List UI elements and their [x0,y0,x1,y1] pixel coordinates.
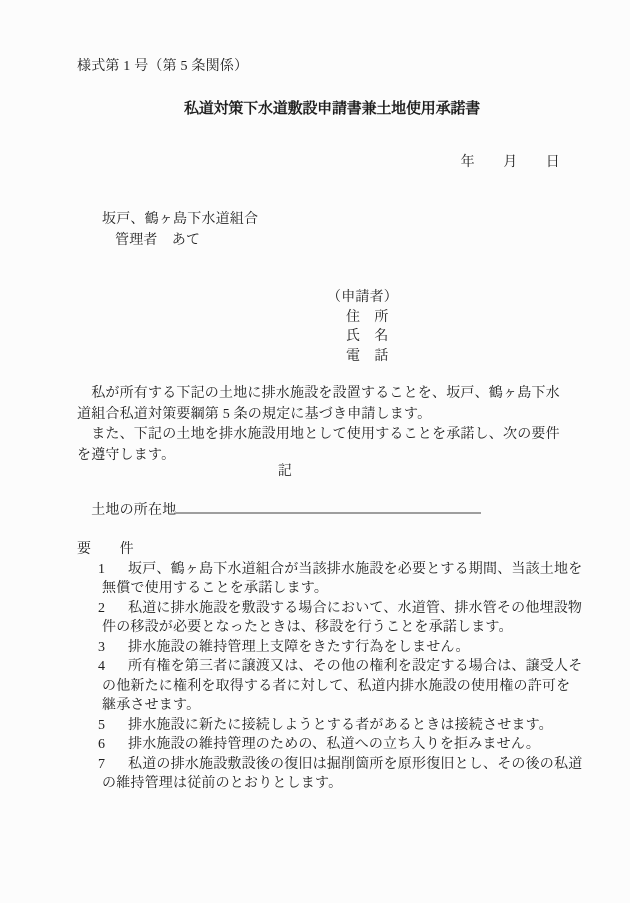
condition-line: 6排水施設の維持管理のための、私道への立ち入りを拒みません。 [102,735,570,755]
land-location-label: 土地の所在地 [77,503,176,518]
condition-number: 7 [98,755,128,775]
applicant-field-name: 氏 名 [346,327,570,347]
condition-item: 7私道の排水施設敷設後の復旧は掘削箇所を原形復旧とし、その後の私道の維持管理は従… [77,755,570,794]
condition-number: 4 [98,657,128,677]
document-title: 私道対策下水道敷設申請書兼土地使用承諾書 [77,98,587,120]
condition-line: の維持管理は従前のとおりとします。 [102,774,570,794]
condition-line: 2私道に排水施設を敷設する場合において、水道管、排水管その他埋設物 [102,599,570,619]
applicant-field-address: 住 所 [346,308,570,328]
condition-number: 5 [98,716,128,736]
condition-number: 2 [98,599,128,619]
applicant-block: （申請者） 住 所 氏 名 電 話 [77,288,570,366]
condition-item: 5排水施設に新たに接続しようとする者があるときは接続させます。 [77,716,570,736]
condition-line: 4所有権を第三者に譲渡又は、その他の権利を設定する場合は、譲受人そ [102,657,570,677]
paragraph-line: 道組合私道対策要綱第 5 条の規定に基づき申請します。 [77,405,570,426]
condition-item: 1坂戸、鶴ヶ島下水道組合が当該排水施設を必要とする期間、当該土地を無償で使用する… [77,560,570,599]
condition-line: 件の移設が必要となったときは、移設を行うことを承諾します。 [102,618,570,638]
condition-line: 無償で使用することを承諾します。 [102,579,570,599]
condition-line: 5排水施設に新たに接続しようとする者があるときは接続させます。 [102,716,570,736]
paragraph-line: また、下記の土地を排水施設用地として使用することを承諾し、次の要件 [77,425,570,446]
condition-line: 7私道の排水施設敷設後の復旧は掘削箇所を原形復旧とし、その後の私道 [102,755,570,775]
condition-number: 1 [98,560,128,580]
addressee-recipient: 管理者 あて [115,231,570,252]
conditions-heading: 要 件 [77,540,570,560]
applicant-heading: （申請者） [327,288,570,308]
condition-item: 3排水施設の維持管理上支障をきたす行為をしません。 [77,638,570,658]
condition-number: 6 [98,735,128,755]
condition-line: 3排水施設の維持管理上支障をきたす行為をしません。 [102,638,570,658]
date-line: 年 月 日 [77,153,570,173]
condition-line: 1坂戸、鶴ヶ島下水道組合が当該排水施設を必要とする期間、当該土地を [102,560,570,580]
condition-line: の他新たに権利を取得する者に対して、私道内排水施設の使用権の許可を [102,677,570,697]
conditions-list: 1坂戸、鶴ヶ島下水道組合が当該排水施設を必要とする期間、当該土地を無償で使用する… [77,560,570,794]
addressee-block: 坂戸、鶴ヶ島下水道組合 管理者 あて [77,210,570,251]
condition-item: 6排水施設の維持管理のための、私道への立ち入りを拒みません。 [77,735,570,755]
document-page: 様式第 1 号（第 5 条関係） 私道対策下水道敷設申請書兼土地使用承諾書 年 … [0,0,630,903]
paragraph-line: 私が所有する下記の土地に排水施設を設置することを、坂戸、鶴ヶ島下水 [77,384,570,405]
addressee-organization: 坂戸、鶴ヶ島下水道組合 [102,210,570,231]
body-paragraphs: 私が所有する下記の土地に排水施設を設置することを、坂戸、鶴ヶ島下水道組合私道対策… [77,384,570,466]
condition-line: 継承させます。 [102,696,570,716]
condition-item: 2私道に排水施設を敷設する場合において、水道管、排水管その他埋設物件の移設が必要… [77,599,570,638]
condition-number: 3 [98,638,128,658]
form-number: 様式第 1 号（第 5 条関係） [77,57,570,77]
land-location-blank-underline [176,499,481,514]
land-location-line: 土地の所在地 [77,499,570,521]
applicant-field-phone: 電 話 [346,347,570,367]
condition-item: 4所有権を第三者に譲渡又は、その他の権利を設定する場合は、譲受人その他新たに権利… [77,657,570,716]
